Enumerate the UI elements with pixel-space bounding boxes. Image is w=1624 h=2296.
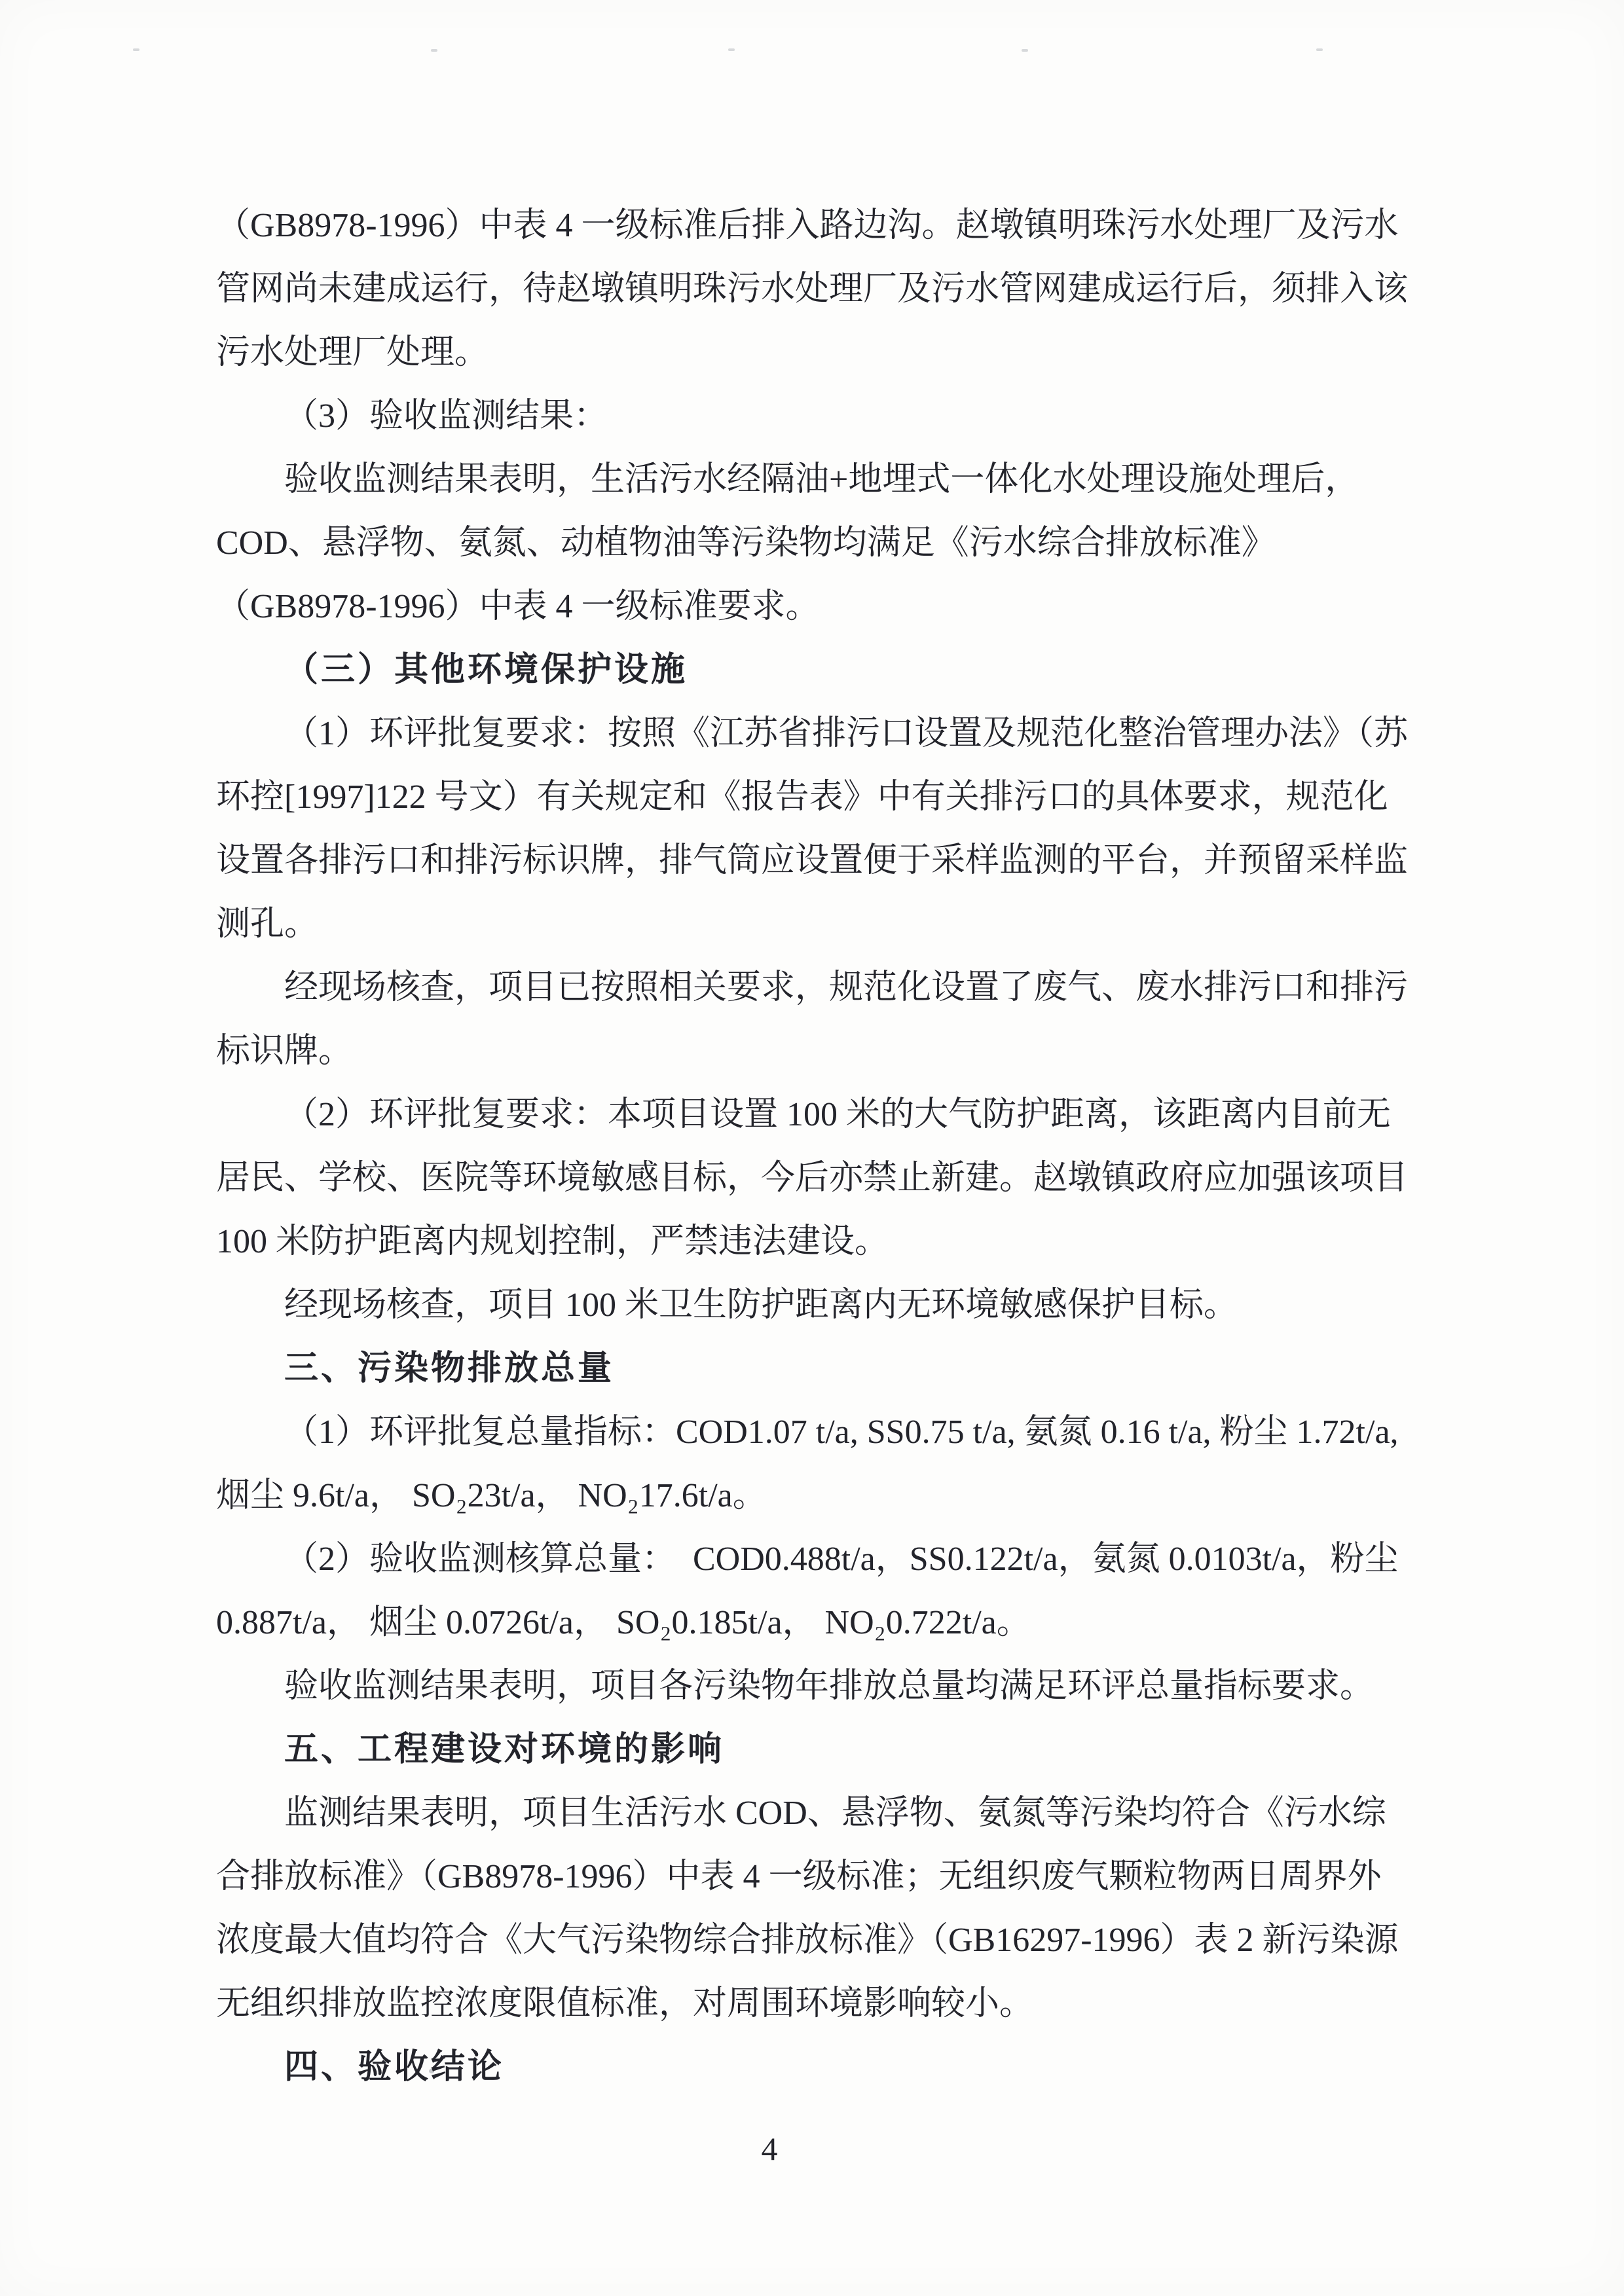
text-line: 浓度最大值均符合《大气污染物综合排放标准》（GB16297-1996）表 2 新… — [216, 1908, 1405, 1972]
paragraph: 验收监测结果表明，生活污水经隔油+地埋式一体化水处理设施处理后，COD、悬浮物、… — [216, 448, 1405, 638]
page-number: 4 — [0, 2129, 1581, 2168]
paragraph: 经现场核查，项目已按照相关要求，规范化设置了废气、废水排污口和排污标识牌。 — [216, 956, 1405, 1083]
scan-artifact-tick — [728, 48, 735, 51]
scan-artifact-tick — [133, 48, 139, 51]
text-line: 监测结果表明，项目生活污水 COD、悬浮物、氨氮等污染均符合《污水综 — [216, 1781, 1405, 1845]
section-heading: 三、污染物排放总量 — [216, 1337, 1405, 1400]
text-line: 三、污染物排放总量 — [216, 1337, 1405, 1400]
text-line: （2）环评批复要求：本项目设置 100 米的大气防护距离，该距离内目前无 — [216, 1083, 1405, 1146]
paragraph: （GB8978-1996）中表 4 一级标准后排入路边沟。赵墩镇明珠污水处理厂及… — [216, 194, 1405, 384]
text-line: （GB8978-1996）中表 4 一级标准要求。 — [216, 575, 1405, 638]
text-line: （GB8978-1996）中表 4 一级标准后排入路边沟。赵墩镇明珠污水处理厂及… — [216, 194, 1405, 257]
text-line: 验收监测结果表明，项目各污染物年排放总量均满足环评总量指标要求。 — [216, 1654, 1405, 1718]
text-line: 污水处理厂处理。 — [216, 321, 1405, 384]
paragraph: （2）环评批复要求：本项目设置 100 米的大气防护距离，该距离内目前无居民、学… — [216, 1083, 1405, 1273]
section-heading: 四、验收结论 — [216, 2035, 1405, 2099]
text-line: 四、验收结论 — [216, 2035, 1405, 2099]
text-line: 无组织排放监控浓度限值标准，对周围环境影响较小。 — [216, 1972, 1405, 2035]
paragraph: 经现场核查，项目 100 米卫生防护距离内无环境敏感保护目标。 — [216, 1273, 1405, 1337]
text-line: （1）环评批复要求：按照《江苏省排污口设置及规范化整治管理办法》（苏 — [216, 702, 1405, 765]
text-line: （三）其他环境保护设施 — [216, 638, 1405, 702]
paragraph: （2）验收监测核算总量： COD0.488t/a，SS0.122t/a，氨氮 0… — [216, 1527, 1405, 1654]
scan-artifact-tick — [1022, 49, 1028, 52]
text-line: 居民、学校、医院等环境敏感目标，今后亦禁止新建。赵墩镇政府应加强该项目 — [216, 1146, 1405, 1210]
paragraph: （3）验收监测结果： — [216, 384, 1405, 448]
text-line: （1）环评批复总量指标：COD1.07 t/a, SS0.75 t/a, 氨氮 … — [216, 1400, 1405, 1464]
document-content: （GB8978-1996）中表 4 一级标准后排入路边沟。赵墩镇明珠污水处理厂及… — [216, 194, 1405, 2099]
text-line: 0.887t/a， 烟尘 0.0726t/a， SO₂0.185t/a， NO₂… — [216, 1591, 1405, 1654]
text-line: 100 米防护距离内规划控制，严禁违法建设。 — [216, 1210, 1405, 1273]
paragraph: （1）环评批复要求：按照《江苏省排污口设置及规范化整治管理办法》（苏环控[199… — [216, 702, 1405, 956]
text-line: 环控[1997]122 号文）有关规定和《报告表》中有关排污口的具体要求，规范化 — [216, 765, 1405, 829]
text-line: 合排放标准》（GB8978-1996）中表 4 一级标准；无组织废气颗粒物两日周… — [216, 1845, 1405, 1908]
text-line: 经现场核查，项目 100 米卫生防护距离内无环境敏感保护目标。 — [216, 1273, 1405, 1337]
text-line: 标识牌。 — [216, 1019, 1405, 1083]
section-heading: （三）其他环境保护设施 — [216, 638, 1405, 702]
text-line: 设置各排污口和排污标识牌，排气筒应设置便于采样监测的平台，并预留采样监 — [216, 829, 1405, 892]
text-line: 五、工程建设对环境的影响 — [216, 1718, 1405, 1781]
paragraph: 验收监测结果表明，项目各污染物年排放总量均满足环评总量指标要求。 — [216, 1654, 1405, 1718]
text-line: 验收监测结果表明，生活污水经隔油+地埋式一体化水处理设施处理后， — [216, 448, 1405, 511]
document-page: （GB8978-1996）中表 4 一级标准后排入路边沟。赵墩镇明珠污水处理厂及… — [0, 0, 1624, 2296]
text-line: （3）验收监测结果： — [216, 384, 1405, 448]
text-line: COD、悬浮物、氨氮、动植物油等污染物均满足《污水综合排放标准》 — [216, 511, 1405, 575]
text-line: 管网尚未建成运行，待赵墩镇明珠污水处理厂及污水管网建成运行后，须排入该 — [216, 257, 1405, 321]
paragraph: （1）环评批复总量指标：COD1.07 t/a, SS0.75 t/a, 氨氮 … — [216, 1400, 1405, 1527]
section-heading: 五、工程建设对环境的影响 — [216, 1718, 1405, 1781]
text-line: 经现场核查，项目已按照相关要求，规范化设置了废气、废水排污口和排污 — [216, 956, 1405, 1019]
text-line: 烟尘 9.6t/a， SO₂23t/a， NO₂17.6t/a。 — [216, 1464, 1405, 1527]
scan-artifact-tick — [431, 49, 437, 52]
text-line: 测孔。 — [216, 892, 1405, 956]
scan-artifact-tick — [1316, 48, 1323, 51]
text-line: （2）验收监测核算总量： COD0.488t/a，SS0.122t/a，氨氮 0… — [216, 1527, 1405, 1591]
paragraph: 监测结果表明，项目生活污水 COD、悬浮物、氨氮等污染均符合《污水综合排放标准》… — [216, 1781, 1405, 2035]
